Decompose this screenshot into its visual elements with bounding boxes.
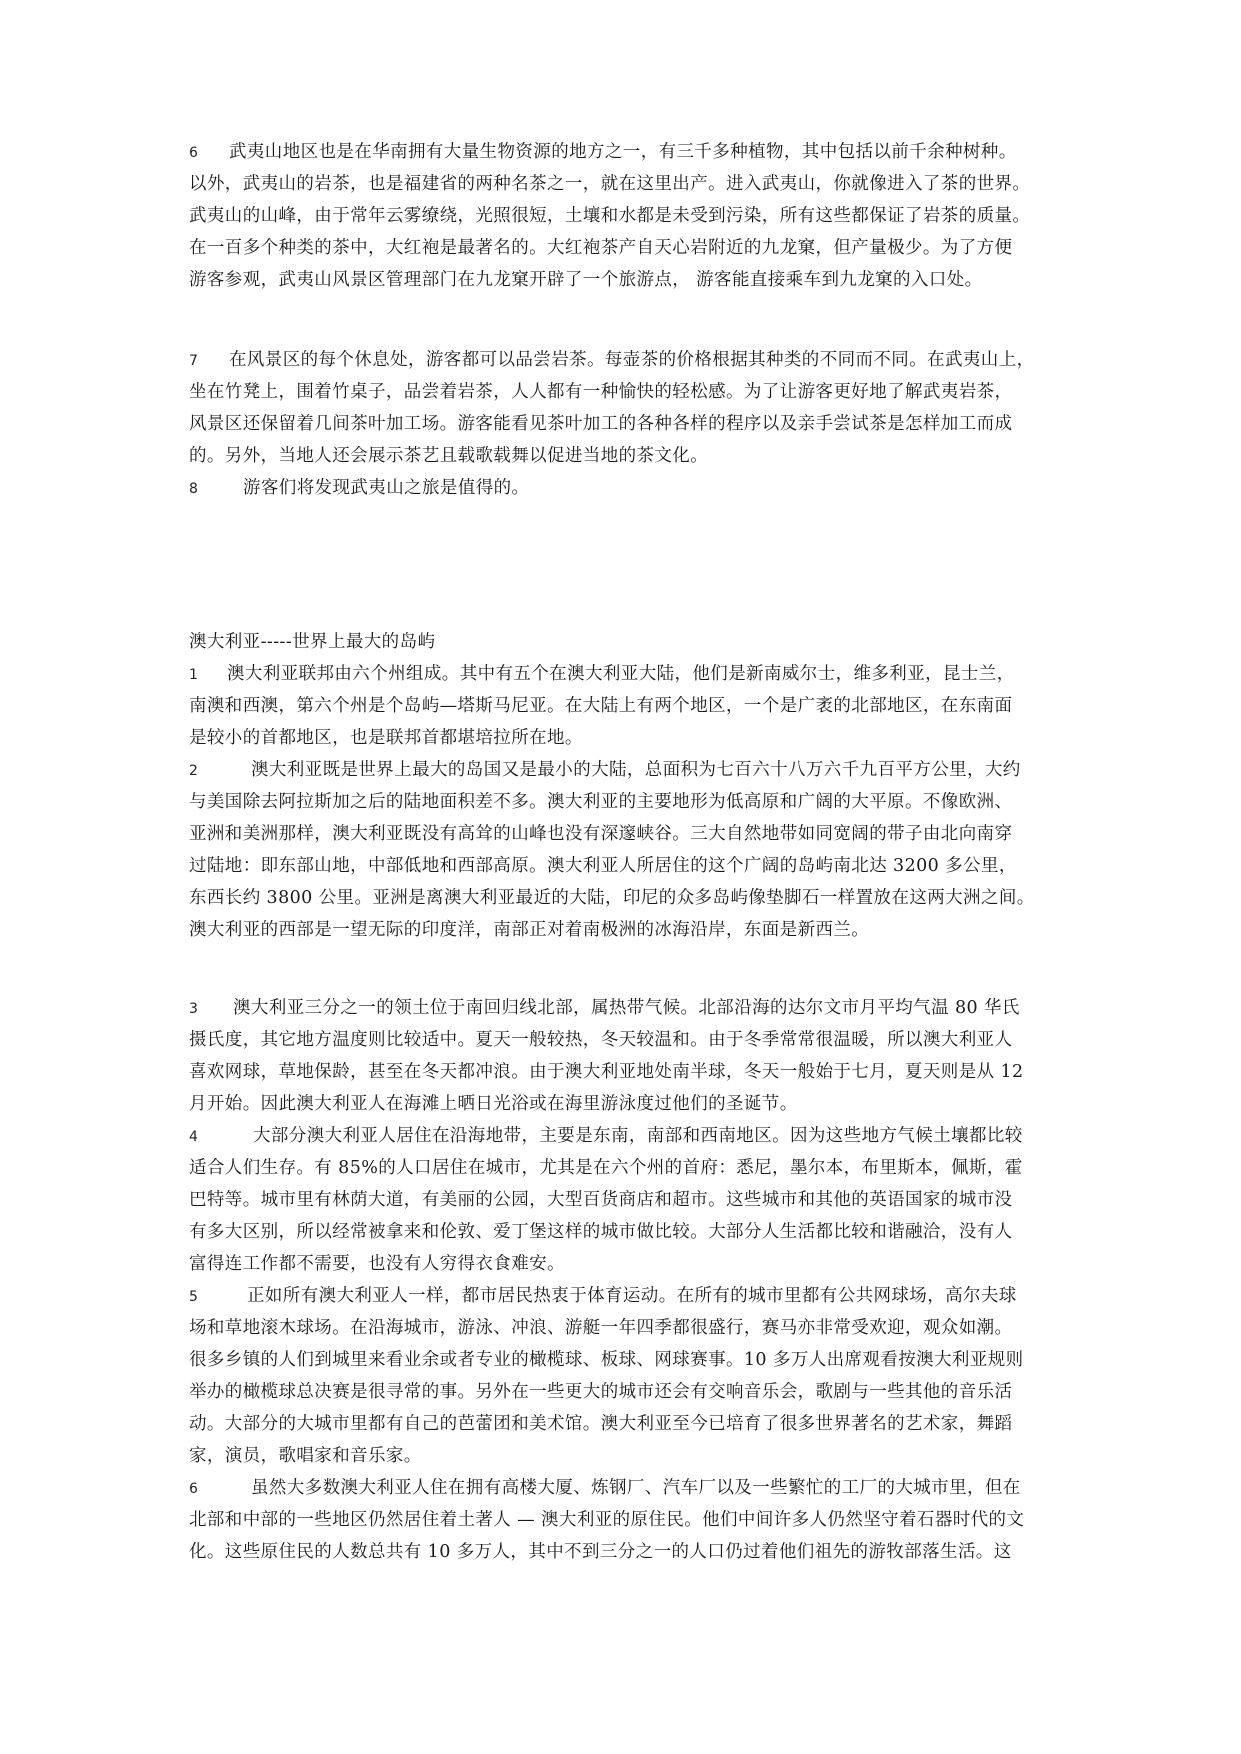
paragraph-number: 8 (189, 479, 243, 499)
paragraph-line: 1澳大利亚联邦由六个州组成。其中有五个在澳大利亚大陆，他们是新南威尔士，维多利亚… (189, 664, 1015, 685)
paragraph-line: 很多乡镇的人们到城里来看业余或者专业的橄榄球、板球、网球赛事。10 多万人出席观… (189, 1350, 1024, 1370)
section-title: 澳大利亚-----世界上最大的岛屿 (189, 632, 435, 652)
paragraph-line: 5正如所有澳大利亚人一样，都市居民热衷于体育运动。在所有的城市里都有公共网球场，… (189, 1286, 1017, 1307)
paragraph-line: 游客参观，武夷山风景区管理部门在九龙窠开辟了一个旅游点， 游客能直接乘车到九龙窠… (189, 270, 983, 290)
paragraph-line: 2澳大利亚既是世界上最大的岛国又是最小的大陆，总面积为七百六十八万六千九百平方公… (189, 760, 1021, 781)
paragraph-line: 动。大部分的大城市里都有自己的芭蕾团和美术馆。澳大利亚至今已培育了很多世界著名的… (189, 1414, 1012, 1434)
paragraph-line: 亚洲和美洲那样，澳大利亚既没有高耸的山峰也没有深邃峡谷。三大自然地带如同宽阔的带… (189, 824, 1012, 844)
paragraph-line: 风景区还保留着几间茶叶加工场。游客能看见茶叶加工的各种各样的程序以及亲手尝试茶是… (189, 414, 1012, 434)
paragraph-line: 的。另外，当地人还会展示茶艺且载歌载舞以促进当地的茶文化。 (189, 446, 708, 466)
paragraph-line: 化。这些原住民的人数总共有 10 多万人，其中不到三分之一的人口仍过着他们祖先的… (189, 1542, 1012, 1562)
paragraph-number: 3 (189, 999, 233, 1019)
paragraph-line: 摄氏度，其它地方温度则比较适中。夏天一般较热，冬天较温和。由于冬季常常很温暖，所… (189, 1030, 1012, 1050)
paragraph-number: 6 (189, 1479, 251, 1499)
paragraph-line: 富得连工作都不需要，也没有人穷得衣食难安。 (189, 1254, 565, 1274)
paragraph-line: 适合人们生存。有 85%的人口居住在城市，尤其是在六个州的首府：悉尼，墨尔本，布… (189, 1158, 1023, 1178)
paragraph-number: 7 (189, 351, 229, 371)
paragraph-line: 家，演员，歌唱家和音乐家。 (189, 1446, 422, 1466)
paragraph-line: 举办的橄榄球总决赛是很寻常的事。另外在一些更大的城市还会有交响音乐会，歌剧与一些… (189, 1382, 1012, 1402)
paragraph-line: 与美国除去阿拉斯加之后的陆地面积差不多。澳大利亚的主要地形为低高原和广阔的大平原… (189, 792, 1012, 812)
paragraph-line: 有多大区别，所以经常被拿来和伦敦、爱丁堡这样的城市做比较。大部分人生活都比较和谐… (189, 1222, 1012, 1242)
paragraph-line: 6虽然大多数澳大利亚人住在拥有高楼大厦、炼钢厂、汽车厂以及一些繁忙的工厂的大城市… (189, 1478, 1021, 1499)
paragraph-line: 是较小的首都地区，也是联邦首都堪培拉所在地。 (189, 728, 583, 748)
paragraph-line: 武夷山的山峰，由于常年云雾缭绕，光照很短，土壤和水都是未受到污染，所有这些都保证… (189, 206, 1030, 226)
paragraph-line: 过陆地：即东部山地，中部低地和西部高原。澳大利亚人所居住的这个广阔的岛屿南北达 … (189, 856, 1017, 876)
paragraph-number: 4 (189, 1127, 253, 1147)
paragraph-line: 北部和中部的一些地区仍然居住着土著人 — 澳大利亚的原住民。他们中间许多人仍然坚… (189, 1510, 1024, 1530)
paragraph-line: 8游客们将发现武夷山之旅是值得的。 (189, 478, 529, 499)
paragraph-number: 1 (189, 665, 227, 685)
paragraph-line: 在一百多个种类的茶中，大红袍是最著名的。大红袍茶产自天心岩附近的九龙窠，但产量极… (189, 238, 1012, 258)
paragraph-line: 月开始。因此澳大利亚人在海滩上晒日光浴或在海里游泳度过他们的圣诞节。 (189, 1094, 798, 1114)
paragraph-line: 澳大利亚的西部是一望无际的印度洋，南部正对着南极洲的冰海沿岸，东面是新西兰。 (189, 920, 869, 940)
paragraph-line: 7在风景区的每个休息处，游客都可以品尝岩茶。每壶茶的价格根据其种类的不同而不同。… (189, 350, 1035, 371)
paragraph-line: 喜欢网球，草地保龄，甚至在冬天都冲浪。由于澳大利亚地处南半球，冬天一般始于七月，… (189, 1062, 1024, 1082)
paragraph-line: 4大部分澳大利亚人居住在沿海地带，主要是东南，南部和西南地区。因为这些地方气候土… (189, 1126, 1023, 1147)
paragraph-line: 6武夷山地区也是在华南拥有大量生物资源的地方之一，有三千多种植物，其中包括以前千… (189, 142, 1017, 163)
paragraph-line: 巴特等。城市里有林荫大道，有美丽的公园，大型百货商店和超市。这些城市和其他的英语… (189, 1190, 1012, 1210)
paragraph-number: 6 (189, 143, 229, 163)
paragraph-line: 场和草地滚木球场。在沿海城市，游泳、冲浪、游艇一年四季都很盛行，赛马亦非常受欢迎… (189, 1318, 1012, 1338)
paragraph-number: 2 (189, 761, 251, 781)
paragraph-line: 以外，武夷山的岩茶，也是福建省的两种名茶之一，就在这里出产。进入武夷山，你就像进… (189, 174, 1030, 194)
paragraph-number: 5 (189, 1287, 247, 1307)
paragraph-line: 坐在竹凳上，围着竹桌子，品尝着岩茶，人人都有一种愉快的轻松感。为了让游客更好地了… (189, 382, 1012, 402)
paragraph-line: 3澳大利亚三分之一的领土位于南回归线北部，属热带气候。北部沿海的达尔文市月平均气… (189, 998, 1020, 1019)
paragraph-line: 东西长约 3800 公里。亚洲是离澳大利亚最近的大陆，印尼的众多岛屿像垫脚石一样… (189, 888, 1035, 908)
paragraph-line: 南澳和西澳，第六个州是个岛屿—塔斯马尼亚。在大陆上有两个地区，一个是广袤的北部地… (189, 696, 1012, 716)
